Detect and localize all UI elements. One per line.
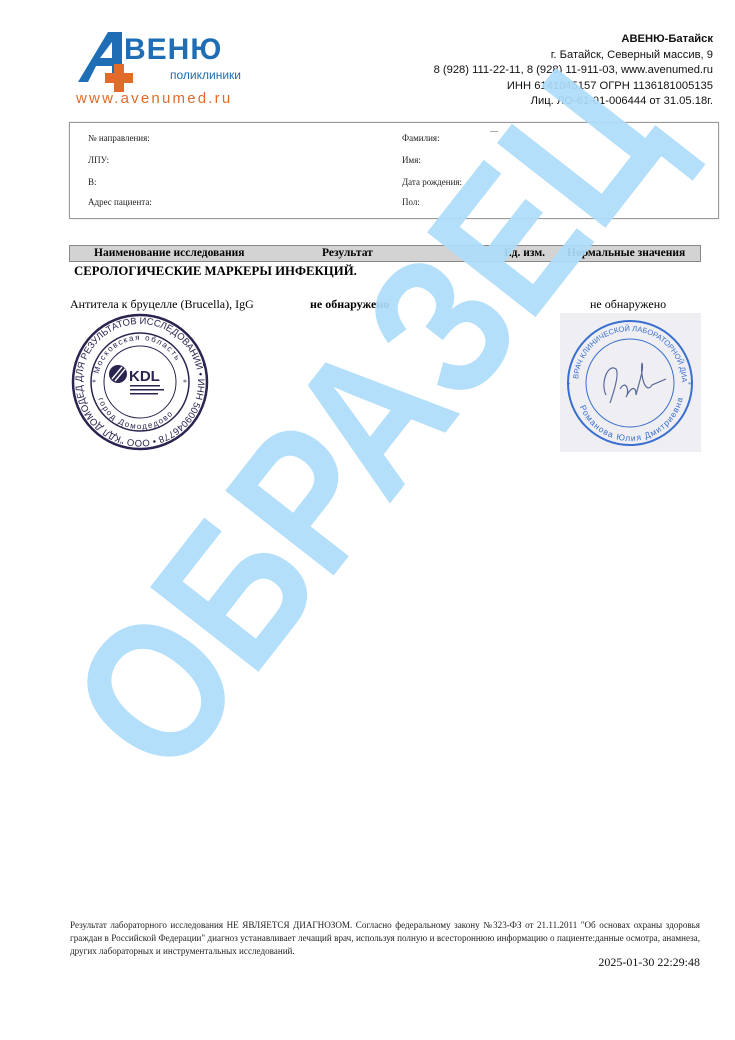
logo-subtitle: поликлиники	[170, 68, 241, 82]
legal-disclaimer: Результат лабораторного исследования НЕ …	[70, 919, 700, 958]
kdl-logo-text: KDL	[129, 368, 160, 385]
surname-placeholder-mark	[490, 131, 498, 132]
test-normal-value: не обнаружено	[590, 297, 666, 312]
referral-number-label: № направления:	[88, 133, 150, 143]
column-unit: Ед. изм.	[504, 246, 545, 261]
doctor-signature-stamp: ВРАЧ КЛИНИЧЕСКОЙ ЛАБОРАТОРНОЙ ДИАГНОСТИК…	[560, 313, 701, 452]
clinic-logo: ВЕНЮ поликлиники www.avenumed.ru	[74, 30, 274, 112]
test-result: не обнаружено	[310, 297, 389, 312]
clinic-license: Лиц. ЛО-61-01-006444 от 31.05.18г.	[434, 94, 713, 110]
clinic-registration: ИНН 6141045157 ОГРН 1136181005135	[434, 79, 713, 95]
column-test-name: Наименование исследования	[94, 246, 245, 261]
clinic-contacts: 8 (928) 111-22-11, 8 (928) 11-911-03, ww…	[434, 63, 713, 79]
logo-brand-text: ВЕНЮ	[124, 34, 222, 66]
surname-label: Фамилия:	[402, 133, 440, 143]
patient-info-box: № направления: ЛПУ: В: Адрес пациента: Ф…	[69, 122, 719, 219]
clinic-address: г. Батайск, Северный массив, 9	[434, 48, 713, 64]
svg-text:*: *	[688, 381, 692, 389]
lab-seal-stamp: ДЛЯ РЕЗУЛЬТАТОВ ИССЛЕДОВАНИЙ • ИНН 50090…	[70, 313, 210, 451]
sex-label: Пол:	[402, 197, 420, 207]
clinic-name: АВЕНЮ-Батайск	[434, 32, 713, 48]
column-result: Результат	[322, 246, 373, 261]
patient-address-label: Адрес пациента:	[88, 197, 152, 207]
clinic-info: АВЕНЮ-Батайск г. Батайск, Северный масси…	[434, 32, 713, 110]
report-timestamp: 2025-01-30 22:29:48	[598, 955, 700, 970]
lpu-label: ЛПУ:	[88, 155, 109, 165]
logo-url: www.avenumed.ru	[76, 90, 232, 107]
section-title: СЕРОЛОГИЧЕСКИЕ МАРКЕРЫ ИНФЕКЦИЙ.	[74, 264, 357, 279]
column-normal-values: Нормальные значения	[567, 246, 685, 261]
results-table-header: Наименование исследования Результат Ед. …	[69, 245, 701, 262]
signature-icon	[604, 363, 666, 403]
svg-text:*: *	[183, 378, 187, 387]
svg-text:*: *	[92, 378, 96, 387]
test-name: Антитела к бруцелле (Brucella), IgG	[70, 297, 254, 312]
birth-date-label: Дата рождения:	[402, 177, 462, 187]
svg-text:*: *	[567, 381, 571, 389]
first-name-label: Имя:	[402, 155, 421, 165]
to-label: В:	[88, 177, 97, 187]
